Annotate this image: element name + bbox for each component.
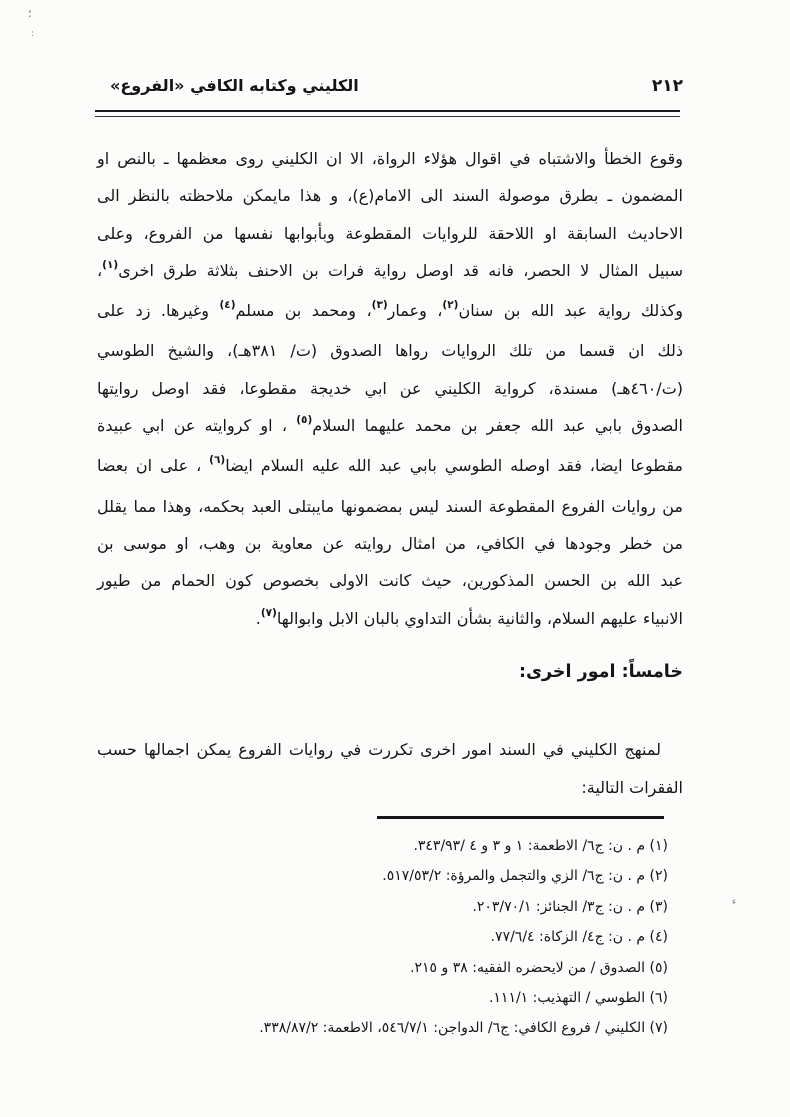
closing-paragraph: لمنهج الكليني في السند امور اخرى تكررت ف… bbox=[97, 731, 683, 807]
text-run: ، وعمار bbox=[388, 301, 443, 320]
section-heading: خامساً: امور اخرى: bbox=[519, 662, 683, 682]
text-run: الصدوق بابي عبد الله جعفر بن محمد عليهما… bbox=[312, 416, 683, 435]
text-line: من خطر وجودها في الكافي، من امثال روايته… bbox=[97, 525, 683, 562]
text-line: الانبياء عليهم السلام، والثانية بشأن الت… bbox=[97, 600, 683, 640]
text-run: (ت/٤٦٠هـ) مسندة، كرواية الكليني عن ابي خ… bbox=[97, 379, 683, 398]
text-line: المضمون ـ بطرق موصولة السند الى الامام(ع… bbox=[97, 177, 683, 214]
text-run: من خطر وجودها في الكافي، من امثال روايته… bbox=[97, 534, 683, 553]
text-run: سبيل المثال لا الحصر، فانه قد اوصل رواية… bbox=[118, 261, 683, 280]
text-run: ، ومحمد بن مسلم bbox=[236, 301, 372, 320]
footnote-ref: (٧) bbox=[261, 607, 277, 619]
footnote: (٤) م . ن: ج٤/ الزكاة: ٧٧/٦/٤. bbox=[118, 922, 668, 952]
text-run: ذلك ان قسما من تلك الروايات رواها الصدوق… bbox=[97, 341, 683, 360]
text-line: عبد الله بن الحسن المذكورين، حيث كانت ال… bbox=[97, 562, 683, 599]
footnote-list: (١) م . ن: ج٦/ الاطعمة: ١ و ٣ و ٤ /٣٤٣/٩… bbox=[118, 831, 668, 1044]
text-line: (ت/٤٦٠هـ) مسندة، كرواية الكليني عن ابي خ… bbox=[97, 370, 683, 407]
text-line: الاحاديث السابقة او اللاحقة للروايات الم… bbox=[97, 215, 683, 252]
text-run: عبد الله بن الحسن المذكورين، حيث كانت ال… bbox=[97, 571, 683, 590]
text-line: ذلك ان قسما من تلك الروايات رواها الصدوق… bbox=[97, 332, 683, 369]
footnote-ref: (٤) bbox=[219, 299, 235, 311]
footnote: (٢) م . ن: ج٦/ الزي والتجمل والمرؤة: ٥١٧… bbox=[118, 861, 668, 891]
page-header: ٢١٢ الكليني وكتابه الكافي «الفروع» bbox=[110, 76, 683, 96]
footnote-ref: (١) bbox=[102, 259, 118, 271]
body-paragraph: وقوع الخطأ والاشتباه في اقوال هؤلاء الرو… bbox=[97, 140, 683, 640]
text-line: الفقرات التالية: bbox=[97, 769, 683, 807]
text-run: وغيرها. زد على bbox=[97, 301, 219, 320]
text-run: المضمون ـ بطرق موصولة السند الى الامام(ع… bbox=[97, 186, 683, 205]
text-line: وقوع الخطأ والاشتباه في اقوال هؤلاء الرو… bbox=[97, 140, 683, 177]
footnote: (٦) الطوسي / التهذيب: ١١١/١. bbox=[118, 983, 668, 1013]
header-divider bbox=[95, 110, 680, 117]
text-run: من روايات الفروع المقطوعة السند ليس بمضم… bbox=[97, 497, 683, 516]
running-title: الكليني وكتابه الكافي «الفروع» bbox=[110, 76, 359, 95]
footnote: (٥) الصدوق / من لايحضره الفقيه: ٣٨ و ٢١٥… bbox=[118, 953, 668, 983]
footnote: (٣) م . ن: ج٣/ الجنائز: ٢٠٣/٧٠/١. bbox=[118, 892, 668, 922]
footnote-ref: (٥) bbox=[296, 414, 312, 426]
text-run: الفقرات التالية: bbox=[581, 778, 683, 797]
footnote-ref: (٦) bbox=[209, 454, 225, 466]
text-run: ، على ان بعضا bbox=[97, 456, 209, 475]
text-run: وكذلك رواية عبد الله بن سنان bbox=[458, 301, 683, 320]
book-page: ؛ : ء ٢١٢ الكليني وكتابه الكافي «الفروع»… bbox=[0, 0, 790, 1117]
text-line: مقطوعا ايضا، فقد اوصله الطوسي بابي عبد ا… bbox=[97, 447, 683, 487]
text-run: الاحاديث السابقة او اللاحقة للروايات الم… bbox=[97, 224, 683, 243]
text-run: ، او كروايته عن ابي عبيدة bbox=[97, 416, 296, 435]
text-run: الانبياء عليهم السلام، والثانية بشأن الت… bbox=[277, 609, 683, 628]
footnote-ref: (٢) bbox=[442, 299, 458, 311]
page-number: ٢١٢ bbox=[652, 76, 683, 96]
text-line: الصدوق بابي عبد الله جعفر بن محمد عليهما… bbox=[97, 407, 683, 447]
text-line: وكذلك رواية عبد الله بن سنان(٢)، وعمار(٣… bbox=[97, 292, 683, 332]
text-line: من روايات الفروع المقطوعة السند ليس بمضم… bbox=[97, 488, 683, 525]
footnotes-section: (١) م . ن: ج٦/ الاطعمة: ١ و ٣ و ٤ /٣٤٣/٩… bbox=[118, 816, 668, 1044]
footnote-ref: (٣) bbox=[372, 299, 388, 311]
footnote: (٧) الكليني / فروع الكافي: ج٦/ الدواجن: … bbox=[118, 1013, 668, 1043]
scan-artifact: ء bbox=[732, 898, 736, 907]
footnote: (١) م . ن: ج٦/ الاطعمة: ١ و ٣ و ٤ /٣٤٣/٩… bbox=[118, 831, 668, 861]
text-run: وقوع الخطأ والاشتباه في اقوال هؤلاء الرو… bbox=[97, 149, 683, 168]
scan-artifact: : bbox=[31, 30, 34, 39]
text-run: مقطوعا ايضا، فقد اوصله الطوسي بابي عبد ا… bbox=[225, 456, 683, 475]
text-line: لمنهج الكليني في السند امور اخرى تكررت ف… bbox=[97, 731, 683, 769]
text-run: لمنهج الكليني في السند امور اخرى تكررت ف… bbox=[97, 740, 661, 759]
footnote-separator bbox=[377, 816, 664, 819]
text-line: سبيل المثال لا الحصر، فانه قد اوصل رواية… bbox=[97, 252, 683, 292]
scan-artifact: ؛ bbox=[28, 8, 32, 19]
